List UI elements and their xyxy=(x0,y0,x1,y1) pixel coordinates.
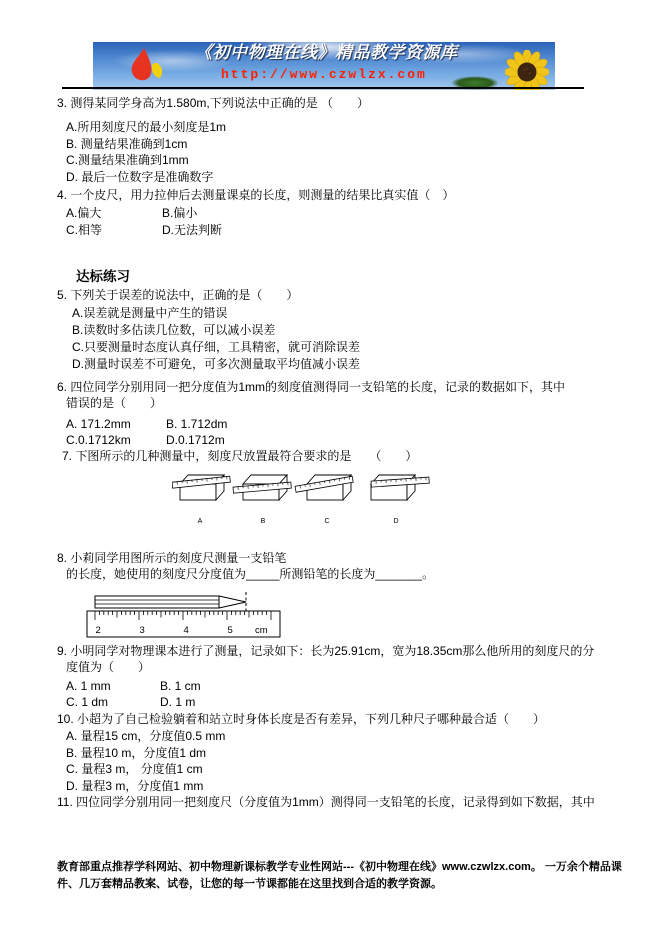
ruler-tick-label: 5 xyxy=(228,625,233,636)
placement-label: B xyxy=(261,518,266,525)
site-title: 《初中物理在线》精品教学资源库 xyxy=(195,45,458,61)
option-item: B. 1 cm xyxy=(160,678,603,695)
footer-text: 教育部重点推荐学科网站、初中物理新课标教学专业性网站---《初中物理在线》www… xyxy=(57,859,635,892)
option-item: A. 1 mm xyxy=(66,678,160,695)
question-8: 8. 小莉同学用图所示的刻度尺测量一支铅笔 的长度，她使用的刻度尺分度值为___… xyxy=(57,550,609,583)
option-item: C. 1 dm xyxy=(66,694,160,711)
option-item: D.无法判断 xyxy=(162,222,609,238)
question-text: 的长度，她使用的刻度尺分度值为_____所测铅笔的长度为_______。 xyxy=(57,566,609,582)
option-item: B. 量程10 m，分度值1 dm xyxy=(66,745,609,761)
placement-option-b xyxy=(233,475,291,500)
question-text: 8. 小莉同学用图所示的刻度尺测量一支铅笔 xyxy=(57,550,609,566)
site-logo-icon xyxy=(126,47,168,87)
question-text: 7. 下图所示的几种测量中，刻度尺放置最符合要求的是 （ ） xyxy=(62,448,614,464)
option-item: C.测量结果准确到1mm xyxy=(66,152,609,168)
question-text: 11. 四位同学分别用同一把刻度尺（分度值为1mm）测得同一支铅笔的长度，记录得… xyxy=(57,794,609,810)
ruler-tick-label: 4 xyxy=(184,625,189,636)
header-banner: 《初中物理在线》精品教学资源库 http://www.czwlzx.com xyxy=(93,42,555,90)
option-item: B. 测量结果准确到1cm xyxy=(66,136,609,152)
question-4: 4. 一个皮尺，用力拉伸后去测量课桌的长度，则测量的结果比真实值（ ） A.偏大… xyxy=(57,187,609,238)
option-item: C.0.1712km xyxy=(66,432,166,448)
site-url: http://www.czwlzx.com xyxy=(221,67,427,83)
ruler-tick-label: 3 xyxy=(140,625,145,636)
option-item: C.只要测量时态度认真仔细，工具精密，就可消除误差 xyxy=(72,339,609,356)
question-7: 7. 下图所示的几种测量中，刻度尺放置最符合要求的是 （ ） xyxy=(62,448,614,464)
question-9: 9. 小明同学对物理课本进行了测量，记录如下：长为25.91cm，宽为18.35… xyxy=(57,643,603,711)
option-item: D.0.1712m xyxy=(166,432,575,448)
question-text: 10. 小超为了自己检验躺着和站立时身体长度是否有差异，下列几种尺子哪种最合适（… xyxy=(57,711,609,727)
option-item: C. 量程3 m， 分度值1 cm xyxy=(66,761,609,777)
sunflower-icon xyxy=(505,50,549,90)
option-item: A.所用刻度尺的最小刻度是1m xyxy=(66,119,609,135)
placement-option-a xyxy=(172,475,230,500)
option-item: A.偏大 xyxy=(66,205,162,221)
option-item: B.偏小 xyxy=(162,205,609,221)
question-10: 10. 小超为了自己检验躺着和站立时身体长度是否有差异，下列几种尺子哪种最合适（… xyxy=(57,711,609,794)
option-item: D. 1 m xyxy=(160,694,603,711)
ruler-unit-label: cm xyxy=(255,625,268,636)
question-5: 5. 下列关于误差的说法中，正确的是（ ） A.误差就是测量中产生的错误 B.读… xyxy=(57,287,609,373)
option-item: A. 171.2mm xyxy=(66,416,166,432)
question-11: 11. 四位同学分别用同一把刻度尺（分度值为1mm）测得同一支铅笔的长度，记录得… xyxy=(57,794,609,810)
question-6: 6. 四位同学分别用同一把分度值为1mm的刻度值测得同一支铅笔的长度，记录的数据… xyxy=(57,379,575,449)
section-heading: 达标练习 xyxy=(76,269,130,285)
question-3: 3. 测得某同学身高为1.580m,下列说法中正确的是 （ ） A.所用刻度尺的… xyxy=(57,95,609,185)
option-item: A.误差就是测量中产生的错误 xyxy=(72,305,609,322)
question-text: 3. 测得某同学身高为1.580m,下列说法中正确的是 （ ） xyxy=(57,95,609,111)
question-text: 5. 下列关于误差的说法中，正确的是（ ） xyxy=(57,287,609,303)
placement-label: D xyxy=(393,518,398,525)
placement-option-d xyxy=(371,475,429,500)
question-text: 4. 一个皮尺，用力拉伸后去测量课桌的长度，则测量的结果比真实值（ ） xyxy=(57,187,609,203)
worksheet-page: { "header": { "site_title": "《初中物理在线》精品教… xyxy=(0,0,661,936)
question-text: 6. 四位同学分别用同一把分度值为1mm的刻度值测得同一支铅笔的长度，记录的数据… xyxy=(57,379,575,412)
option-item: A. 量程15 cm，分度值0.5 mm xyxy=(66,728,609,744)
option-item: D.测量时误差不可避免，可多次测量取平均值减小误差 xyxy=(72,356,609,373)
placement-label: C xyxy=(324,518,329,525)
question-text: 9. 小明同学对物理课本进行了测量，记录如下：长为25.91cm，宽为18.35… xyxy=(57,643,603,676)
option-item: D. 最后一位数字是准确数字 xyxy=(66,169,609,185)
placement-option-c xyxy=(295,475,353,500)
option-item: D. 量程3 m，分度值1 mm xyxy=(66,778,609,794)
placement-label: A xyxy=(198,518,203,525)
ruler-placement-figure: A B C D xyxy=(172,470,430,528)
option-item: B.读数时多估读几位数，可以减小误差 xyxy=(72,322,609,339)
pencil-drawing xyxy=(95,596,246,608)
pencil-ruler-figure: 2 3 4 5 cm xyxy=(85,591,283,640)
option-item: B. 1.712dm xyxy=(166,416,575,432)
option-item: C.相等 xyxy=(66,222,162,238)
ruler-tick-label: 2 xyxy=(96,625,101,636)
banner-divider-line xyxy=(62,87,584,89)
